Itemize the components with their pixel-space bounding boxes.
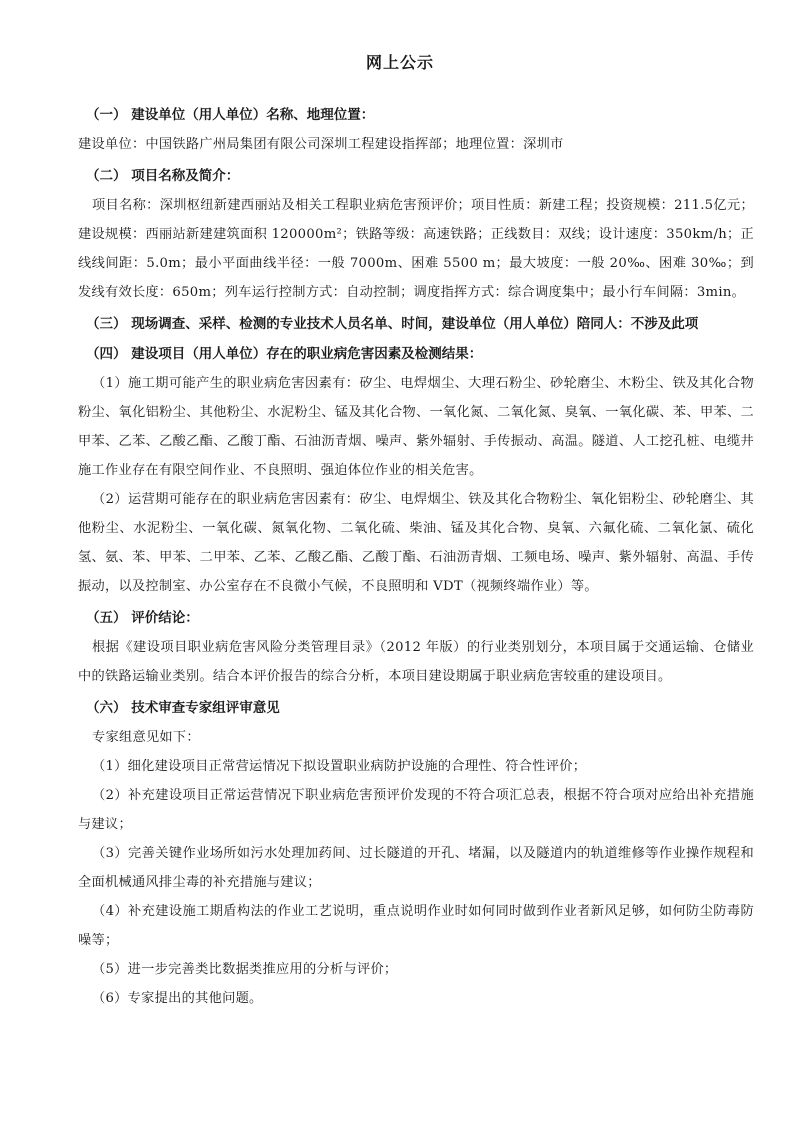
section-heading-3: （三） 现场调查、采样、检测的专业技术人员名单、时间，建设单位（用人单位）陪同人… xyxy=(78,309,754,339)
expert-opinion-item-1: （1）细化建设项目正常营运情况下拟设置职业病防护设施的合理性、符合性评价； xyxy=(78,752,754,781)
section-2-paragraph: 项目名称：深圳枢纽新建西丽站及相关工程职业病危害预评价；项目性质：新建工程；投资… xyxy=(78,191,754,307)
section-4-paragraph-2: （2）运营期可能存在的职业病危害因素有：矽尘、电焊烟尘、铁及其化合物粉尘、氧化铝… xyxy=(78,485,754,601)
page-title: 网上公示 xyxy=(0,50,800,73)
document-page: 网上公示 （一） 建设单位（用人单位）名称、地理位置： 建设单位：中国铁路广州局… xyxy=(0,0,800,1131)
section-heading-6: （六） 技术审查专家组评审意见 xyxy=(78,693,754,723)
document-body: （一） 建设单位（用人单位）名称、地理位置： 建设单位：中国铁路广州局集团有限公… xyxy=(78,100,754,1013)
expert-opinion-intro: 专家组意见如下： xyxy=(78,723,754,752)
expert-opinion-item-4: （4）补充建设施工期盾构法的作业工艺说明，重点说明作业时如何同时做到作业者新风足… xyxy=(78,897,754,955)
section-heading-4: （四） 建设项目（用人单位）存在的职业病危害因素及检测结果： xyxy=(78,339,754,369)
section-heading-5: （五） 评价结论： xyxy=(78,603,754,633)
expert-opinion-item-3: （3）完善关键作业场所如污水处理加药间、过长隧道的开孔、堵漏，以及隧道内的轨道维… xyxy=(78,839,754,897)
section-5-paragraph: 根据《建设项目职业病危害风险分类管理目录》（2012 年版）的行业类别划分，本项… xyxy=(78,633,754,691)
expert-opinion-item-6: （6）专家提出的其他问题。 xyxy=(78,984,754,1013)
section-heading-2: （二） 项目名称及简介： xyxy=(78,161,754,191)
section-1-paragraph: 建设单位：中国铁路广州局集团有限公司深圳工程建设指挥部；地理位置：深圳市 xyxy=(78,130,754,159)
section-4-paragraph-1: （1）施工期可能产生的职业病危害因素有：矽尘、电焊烟尘、大理石粉尘、砂轮磨尘、木… xyxy=(78,369,754,485)
expert-opinion-item-2: （2）补充建设项目正常运营情况下职业病危害预评价发现的不符合项汇总表，根据不符合… xyxy=(78,781,754,839)
expert-opinion-item-5: （5）进一步完善类比数据类推应用的分析与评价； xyxy=(78,955,754,984)
section-heading-1: （一） 建设单位（用人单位）名称、地理位置： xyxy=(78,100,754,130)
